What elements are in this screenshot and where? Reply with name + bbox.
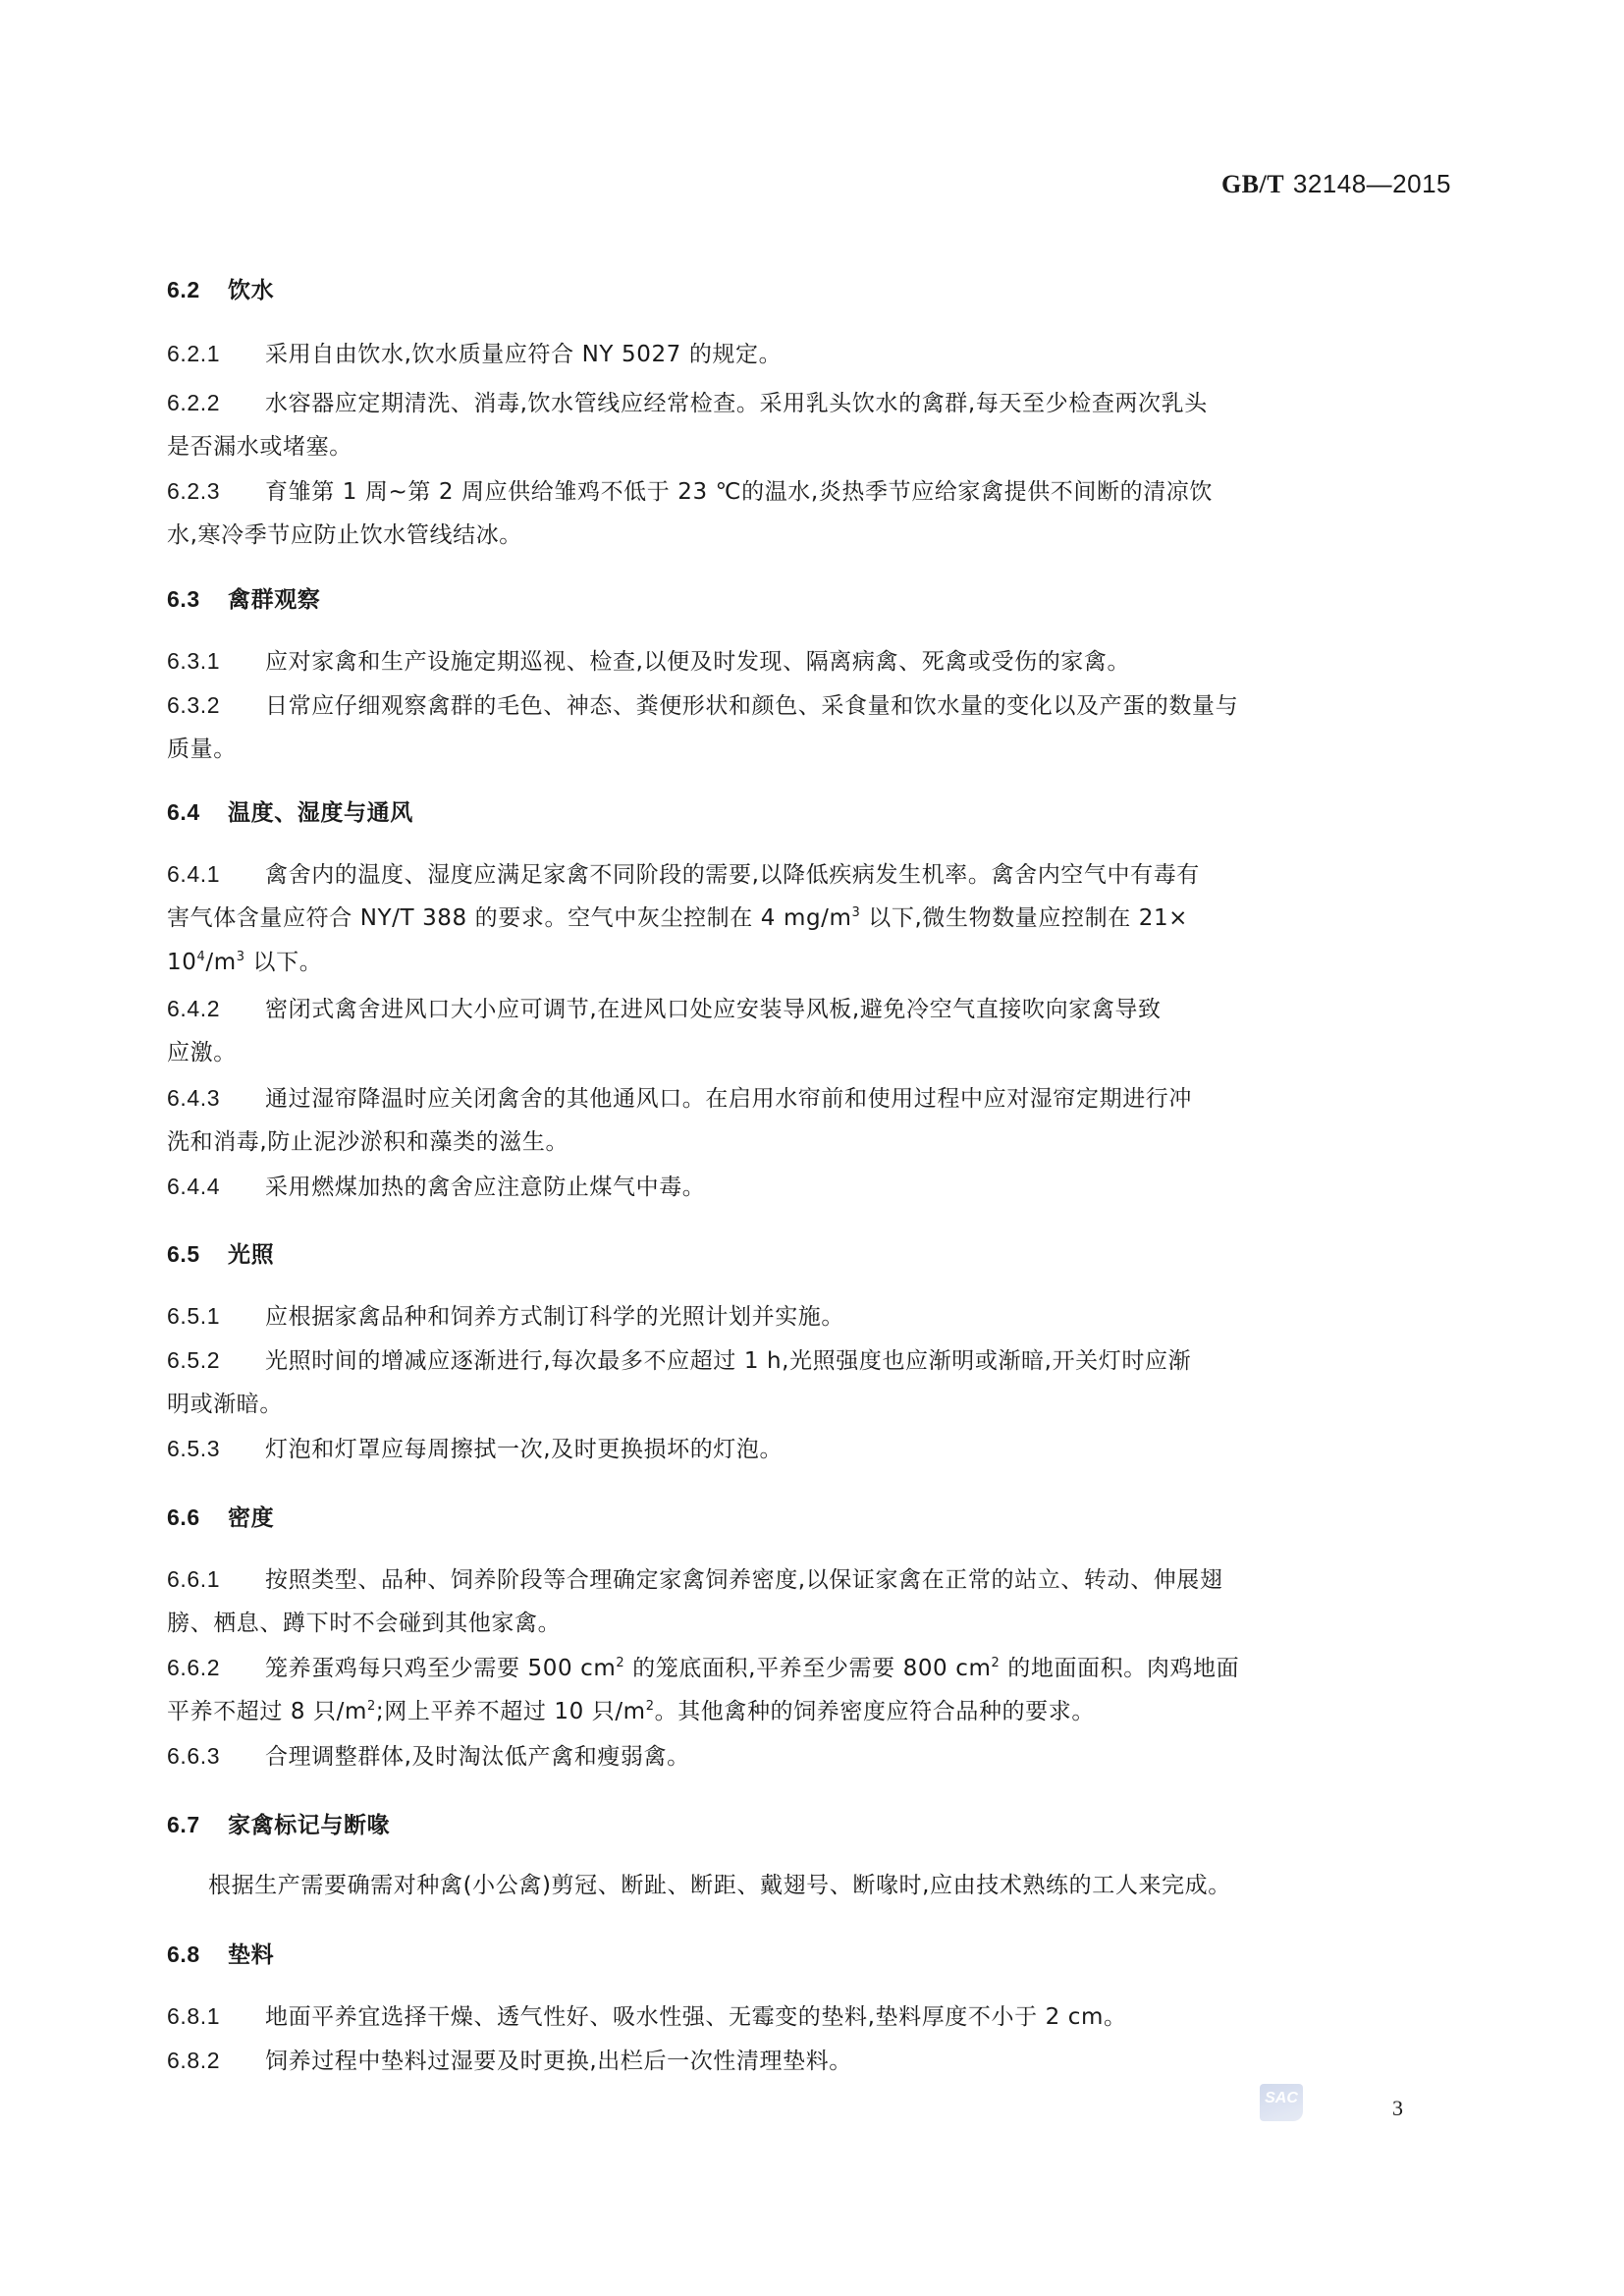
clause-6-6-1: 6.6.1按照类型、品种、饲养阶段等合理确定家禽饲养密度,以保证家禽在正常的站立…: [167, 1564, 1223, 1595]
clause-6-5-2: 6.5.2光照时间的增减应逐渐进行,每次最多不应超过 1 h,光照强度也应渐明或…: [167, 1345, 1191, 1376]
clause-6-2-2-cont: 是否漏水或堵塞。: [167, 432, 352, 462]
clause-6-4-1: 6.4.1禽舍内的温度、湿度应满足家禽不同阶段的需要,以降低疾病发生机率。禽舍内…: [167, 859, 1200, 890]
clause-6-5-2-cont: 明或渐暗。: [167, 1390, 283, 1419]
clause-6-2-2: 6.2.2水容器应定期清洗、消毒,饮水管线应经常检查。采用乳头饮水的禽群,每天至…: [167, 388, 1208, 418]
clause-6-5-1: 6.5.1应根据家禽品种和饲养方式制订科学的光照计划并实施。: [167, 1301, 844, 1332]
standard-code: 32148—2015: [1293, 169, 1451, 198]
clause-6-2-3: 6.2.3育雏第 1 周~第 2 周应供给雏鸡不低于 23 ℃的温水,炎热季节应…: [167, 476, 1213, 507]
clause-6-4-3: 6.4.3通过湿帘降温时应关闭禽舍的其他通风口。在启用水帘前和使用过程中应对湿帘…: [167, 1083, 1192, 1114]
clause-6-2-1: 6.2.1采用自由饮水,饮水质量应符合 NY 5027 的规定。: [167, 339, 782, 369]
section-heading-6-4: 6.4温度、湿度与通风: [167, 797, 413, 828]
clause-6-4-1-cont2: 104/m3 以下。: [167, 948, 322, 977]
clause-6-3-1: 6.3.1应对家禽和生产设施定期巡视、检查,以便及时发现、隔离病禽、死禽或受伤的…: [167, 646, 1130, 677]
section-heading-6-7: 6.7家禽标记与断喙: [167, 1810, 390, 1840]
clause-6-6-2-cont: 平养不超过 8 只/m2;网上平养不超过 10 只/m2。其他禽种的饲养密度应符…: [167, 1697, 1095, 1726]
clause-6-4-1-cont: 害气体含量应符合 NY/T 388 的要求。空气中灰尘控制在 4 mg/m3 以…: [167, 903, 1188, 933]
standard-prefix: GB/T: [1221, 170, 1284, 198]
clause-6-6-2: 6.6.2笼养蛋鸡每只鸡至少需要 500 cm2 的笼底面积,平养至少需要 80…: [167, 1653, 1239, 1683]
clause-6-4-3-cont: 洗和消毒,防止泥沙淤积和藻类的滋生。: [167, 1127, 568, 1157]
clause-6-6-3: 6.6.3合理调整群体,及时淘汰低产禽和瘦弱禽。: [167, 1741, 690, 1772]
clause-6-8-1: 6.8.1地面平养宜选择干燥、透气性好、吸水性强、无霉变的垫料,垫料厚度不小于 …: [167, 2001, 1127, 2032]
document-standard-number: GB/T 32148—2015: [1221, 169, 1451, 199]
clause-6-2-3-cont: 水,寒冷季节应防止饮水管线结冰。: [167, 520, 522, 550]
sac-watermark-logo: SAC: [1260, 2084, 1303, 2121]
section-heading-6-2: 6.2饮水: [167, 275, 274, 305]
clause-6-4-2: 6.4.2密闭式禽舍进风口大小应可调节,在进风口处应安装导风板,避免冷空气直接吹…: [167, 994, 1162, 1024]
clause-6-5-3: 6.5.3灯泡和灯罩应每周擦拭一次,及时更换损坏的灯泡。: [167, 1434, 783, 1464]
clause-6-6-1-cont: 膀、栖息、蹲下时不会碰到其他家禽。: [167, 1609, 561, 1638]
section-heading-6-6: 6.6密度: [167, 1503, 274, 1533]
clause-6-3-2-cont: 质量。: [167, 735, 237, 764]
clause-6-8-2: 6.8.2饲养过程中垫料过湿要及时更换,出栏后一次性清理垫料。: [167, 2046, 852, 2076]
section-heading-6-3: 6.3禽群观察: [167, 584, 320, 615]
clause-6-4-2-cont: 应激。: [167, 1038, 237, 1067]
section-heading-6-5: 6.5光照: [167, 1239, 274, 1270]
clause-6-7-body: 根据生产需要确需对种禽(小公禽)剪冠、断趾、断距、戴翅号、断喙时,应由技术熟练的…: [208, 1871, 1231, 1900]
page-number: 3: [1392, 2096, 1403, 2121]
section-heading-6-8: 6.8垫料: [167, 1940, 274, 1970]
clause-6-3-2: 6.3.2日常应仔细观察禽群的毛色、神态、粪便形状和颜色、采食量和饮水量的变化以…: [167, 690, 1238, 721]
clause-6-4-4: 6.4.4采用燃煤加热的禽舍应注意防止煤气中毒。: [167, 1172, 705, 1202]
